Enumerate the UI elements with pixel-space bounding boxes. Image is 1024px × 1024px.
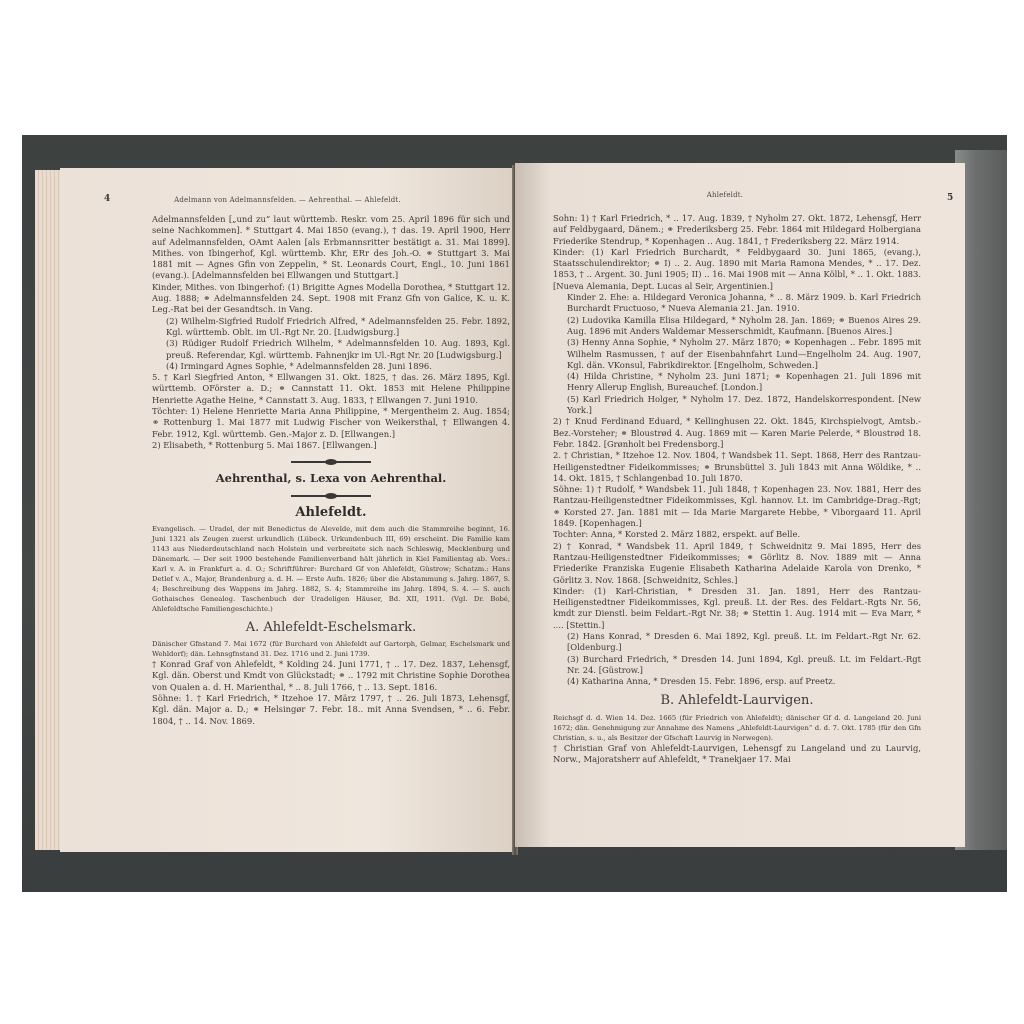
running-header: Ahlefeldt. bbox=[515, 191, 935, 199]
entry-paragraph: (3) Henny Anna Sophie, * Nyholm 27. März… bbox=[553, 337, 921, 371]
right-page: Ahlefeldt. 5 Sohn: 1) † Karl Friedrich, … bbox=[515, 163, 965, 847]
ornamental-divider bbox=[291, 461, 371, 463]
entry-paragraph: (4) Hilda Christine, * Nyholm 23. Juni 1… bbox=[553, 371, 921, 394]
page-number: 5 bbox=[947, 193, 953, 203]
section-a-title: A. Ahlefeldt-Eschelsmark. bbox=[152, 622, 510, 633]
family-intro: Evangelisch. — Uradel, der mit Benedictu… bbox=[152, 524, 510, 614]
entry-paragraph: Kinder: (1) Karl-Christian, * Dresden 31… bbox=[553, 586, 921, 631]
left-page: 4 Adelmann von Adelmannsfelden. — Aehren… bbox=[60, 168, 515, 852]
entry-paragraph: 2) † Knud Ferdinand Eduard, * Kellinghus… bbox=[553, 416, 921, 450]
entry-paragraph: (3) Burchard Friedrich, * Dresden 14. Ju… bbox=[553, 654, 921, 677]
running-header: Adelmann von Adelmannsfelden. — Aehrenth… bbox=[60, 196, 515, 204]
entry-paragraph: Tochter: Anna, * Korsted 2. März 1882, e… bbox=[553, 529, 921, 540]
entry-paragraph: 2. † Christian, * Itzehoe 12. Nov. 1804,… bbox=[553, 450, 921, 484]
entry-paragraph: Söhne: 1) † Rudolf, * Wandsbek 11. Juli … bbox=[553, 484, 921, 529]
entry-paragraph: † Konrad Graf von Ahlefeldt, * Kolding 2… bbox=[152, 659, 510, 693]
section-b-title: B. Ahlefeldt-Laurvigen. bbox=[553, 695, 921, 706]
entry-paragraph: Kinder, Mithes. von Ibingerhof: (1) Brig… bbox=[152, 282, 510, 316]
entry-paragraph: 2) † Konrad, * Wandsbek 11. April 1849, … bbox=[553, 541, 921, 586]
entry-paragraph: Sohn: 1) † Karl Friedrich, * .. 17. Aug.… bbox=[553, 213, 921, 247]
entry-paragraph: Kinder: (1) Karl Friedrich Burchardt, * … bbox=[553, 247, 921, 292]
entry-paragraph: Kinder 2. Ehe: a. Hildegard Veronica Joh… bbox=[553, 292, 921, 315]
entry-paragraph: (5) Karl Friedrich Holger, * Nyholm 17. … bbox=[553, 394, 921, 417]
entry-paragraph: 2) Elisabeth, * Rottenburg 5. Mai 1867. … bbox=[152, 440, 510, 451]
section-b-intro: Reichsgf d. d. Wien 14. Dez. 1665 (für F… bbox=[553, 713, 921, 743]
family-title: Ahlefeldt. bbox=[152, 507, 510, 518]
entry-paragraph: (4) Irmingard Agnes Sophie, * Adelmannsf… bbox=[152, 361, 510, 372]
right-page-body: Sohn: 1) † Karl Friedrich, * .. 17. Aug.… bbox=[553, 213, 921, 765]
entry-paragraph: (2) Hans Konrad, * Dresden 6. Mai 1892, … bbox=[553, 631, 921, 654]
entry-paragraph: † Christian Graf von Ahlefeldt-Laurvigen… bbox=[553, 743, 921, 766]
section-a-intro: Dänischer Gfnstand 7. Mai 1672 (für Burc… bbox=[152, 639, 510, 659]
ornamental-divider bbox=[291, 495, 371, 497]
left-page-body: Adelmannsfelden [„und zu“ laut württemb.… bbox=[152, 214, 510, 727]
cross-reference-heading: Aehrenthal, s. Lexa von Aehrenthal. bbox=[152, 473, 510, 484]
entry-paragraph: Söhne: 1. † Karl Friedrich, * Itzehoe 17… bbox=[152, 693, 510, 727]
entry-paragraph: (2) Ludovika Kamilla Elisa Hildegard, * … bbox=[553, 315, 921, 338]
entry-paragraph: Adelmannsfelden [„und zu“ laut württemb.… bbox=[152, 214, 510, 282]
entry-paragraph: 5. † Karl Siegfried Anton, * Ellwangen 3… bbox=[152, 372, 510, 406]
entry-paragraph: (2) Wilhelm-Sigfried Rudolf Friedrich Al… bbox=[152, 316, 510, 339]
entry-paragraph: Töchter: 1) Helene Henriette Maria Anna … bbox=[152, 406, 510, 440]
entry-paragraph: (3) Rüdiger Rudolf Friedrich Wilhelm, * … bbox=[152, 338, 510, 361]
entry-paragraph: (4) Katharina Anna, * Dresden 15. Febr. … bbox=[553, 676, 921, 687]
